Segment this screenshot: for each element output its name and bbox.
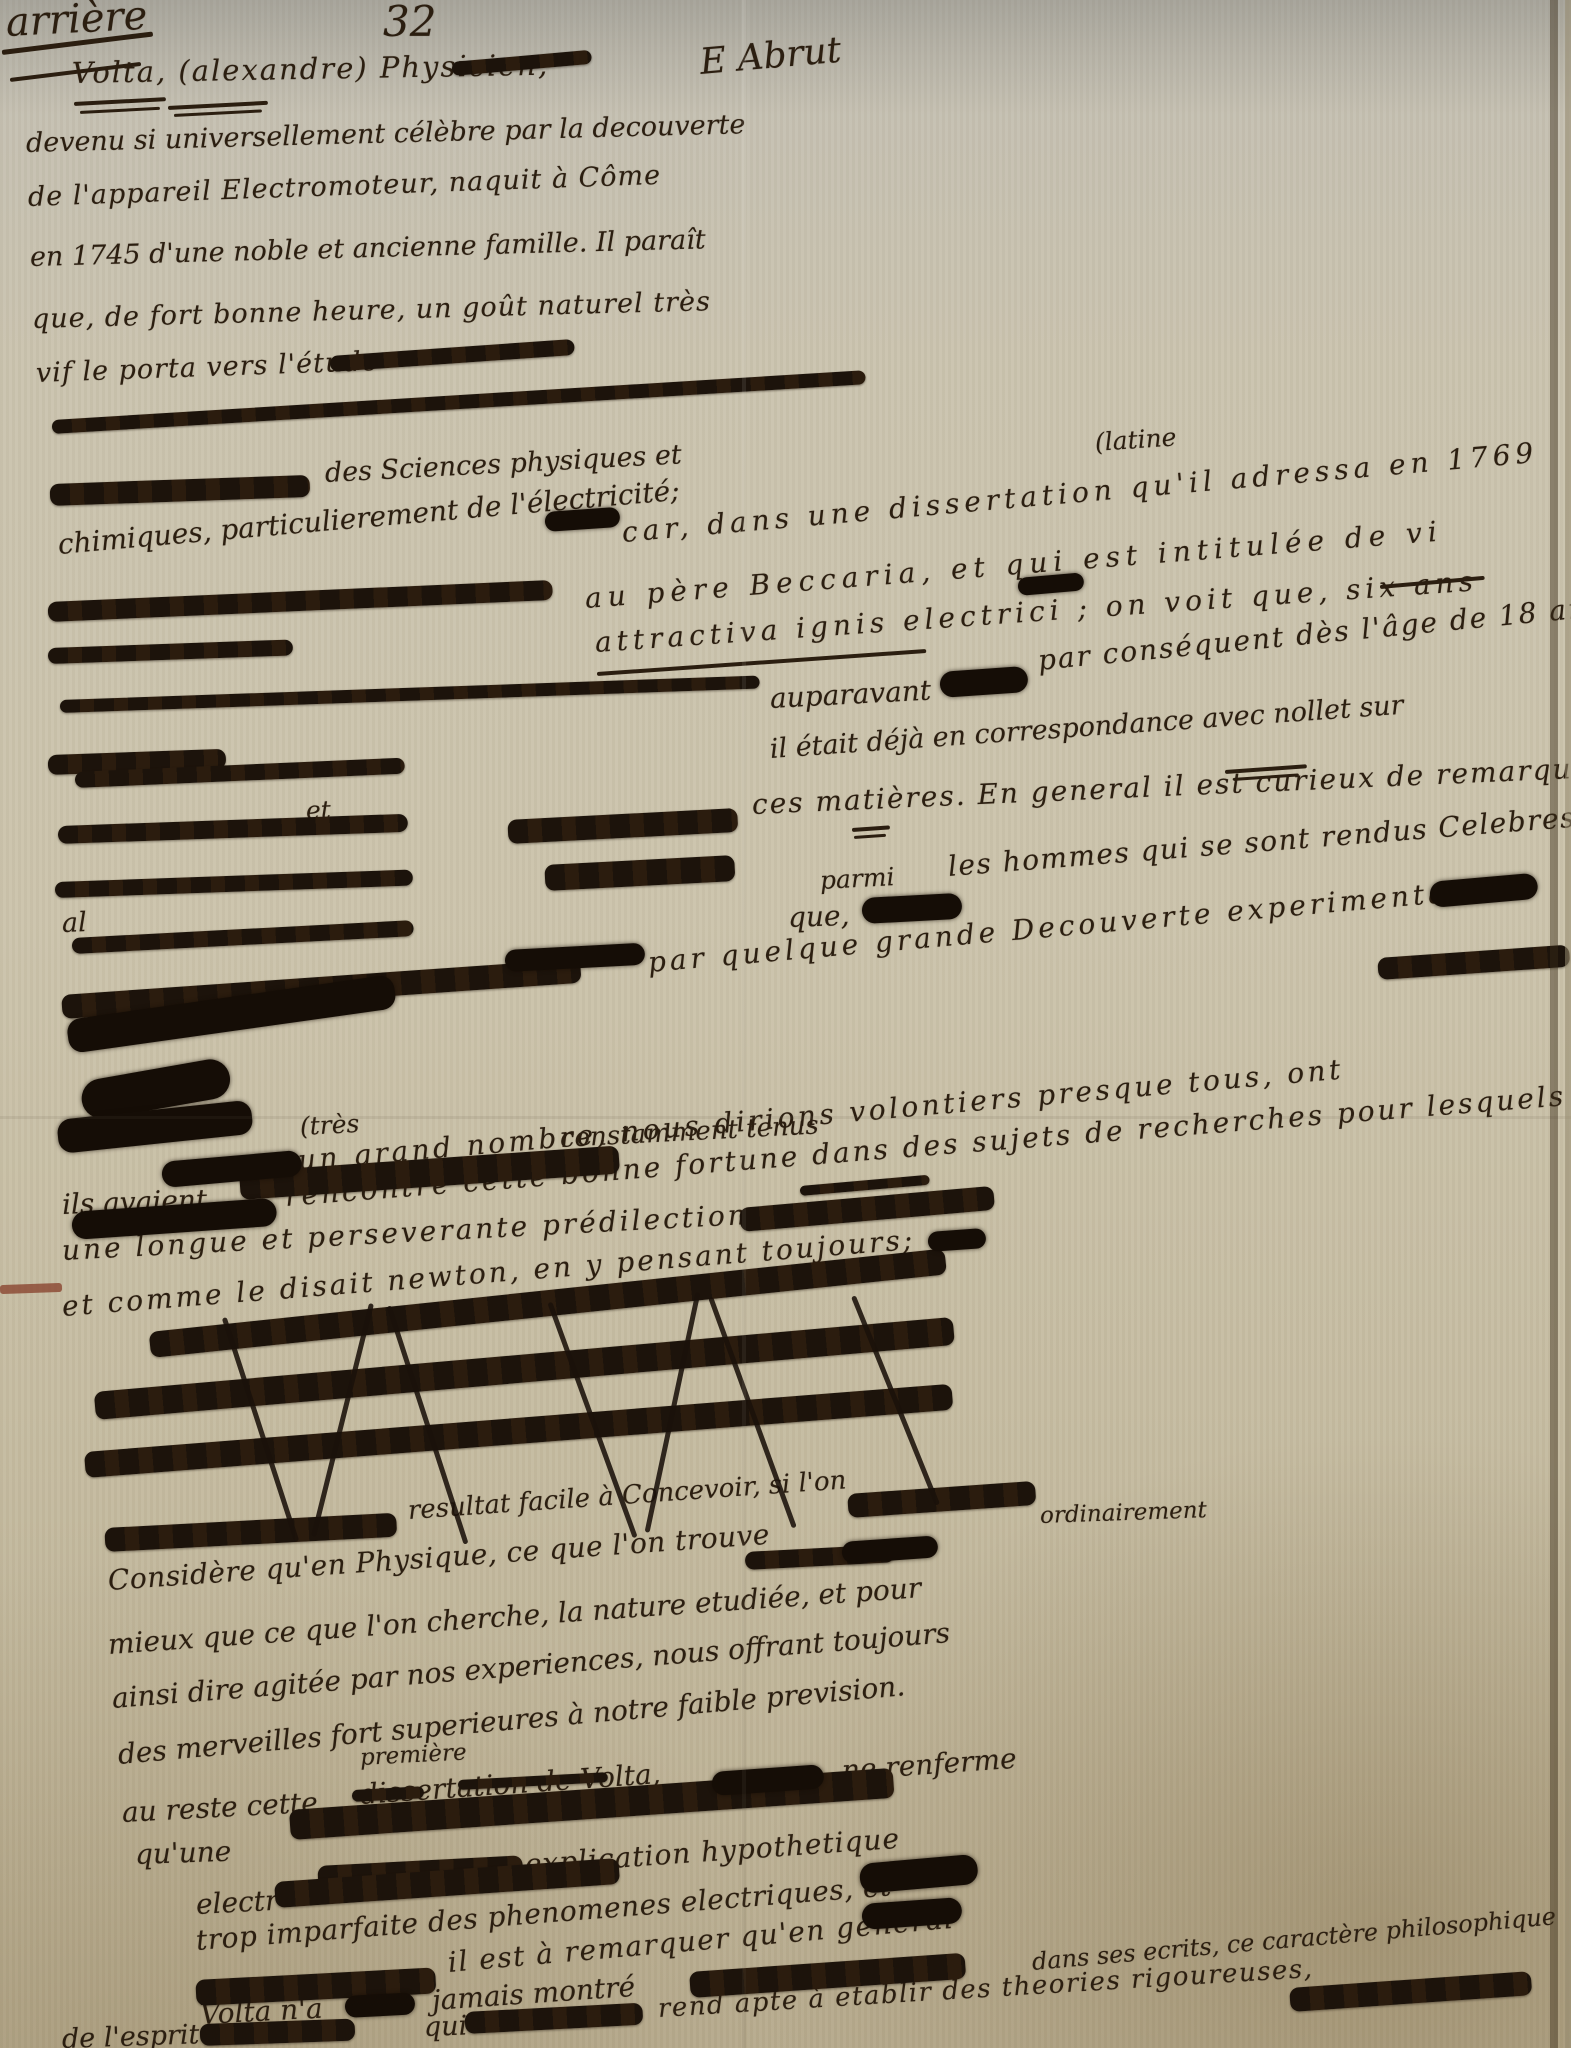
- vertical-fold-crease: [742, 0, 746, 2048]
- ink-blot: [939, 666, 1029, 698]
- ink-blot: [861, 893, 962, 924]
- underline-mark: [174, 109, 262, 117]
- manuscript-line: electr: [195, 1886, 279, 1920]
- top-right-note: E Abrut: [698, 32, 842, 82]
- strikethrough-mark: [48, 639, 293, 664]
- manuscript-line: par quelque grande Decouverte experiment…: [647, 874, 1496, 977]
- red-pencil-mark: [0, 1283, 62, 1294]
- ink-blot: [544, 507, 620, 532]
- underline-mark: [168, 101, 268, 110]
- strikethrough-mark: [200, 2019, 356, 2046]
- ink-blot: [859, 1854, 979, 1894]
- strikethrough-mark: [48, 580, 553, 622]
- page-right-edge: [1550, 0, 1558, 2048]
- interline-note: (latine: [1094, 424, 1177, 456]
- manuscript-line: en 1745 d'une noble et ancienne famille.…: [30, 226, 706, 272]
- strikethrough-mark: [544, 855, 735, 891]
- strikethrough-mark: [1289, 1971, 1532, 2012]
- manuscript-line: que,: [787, 901, 849, 933]
- cancel-stroke: [222, 1317, 299, 1542]
- manuscript-line: ces matières. En general il est curieux …: [751, 753, 1571, 820]
- strikethrough-mark: [847, 1481, 1036, 1518]
- ink-blot: [344, 1992, 415, 2018]
- interline-note: parmi: [819, 864, 895, 894]
- ink-blot: [841, 1535, 938, 1564]
- strikethrough-mark: [50, 475, 311, 506]
- strikethrough-mark: [329, 339, 575, 372]
- strikethrough-mark: [60, 676, 760, 713]
- strikethrough-mark: [507, 808, 738, 844]
- interline-note: ordinairement: [1040, 1498, 1208, 1528]
- ink-blot: [504, 943, 645, 972]
- underline-mark: [74, 97, 166, 106]
- manuscript-line: auparavant: [769, 676, 932, 714]
- strikethrough-mark: [739, 1186, 995, 1232]
- manuscript-line: les hommes qui se sont rendus Celebres: [947, 803, 1571, 882]
- strikethrough-mark: [1377, 945, 1570, 980]
- text-fragment: al: [62, 909, 88, 938]
- page-right-edge-outer: [1565, 0, 1571, 2048]
- underline-mark: [854, 834, 886, 839]
- manuscript-line: de l'appareil Electromoteur, naquit à Cô…: [28, 162, 662, 212]
- manuscript-line: que, de fort bonne heure, un goût nature…: [32, 288, 712, 334]
- underline-mark: [852, 825, 890, 832]
- strikethrough-mark: [58, 814, 408, 844]
- manuscript-page: arrière 32 E Abrut Volta, (alexandre) Ph…: [0, 0, 1571, 2048]
- manuscript-line: qui: [424, 2012, 468, 2042]
- underline-mark: [80, 107, 160, 114]
- manuscript-line: vif le porta vers l'étude: [36, 348, 380, 388]
- manuscript-line: qu'une: [134, 1837, 231, 1870]
- manuscript-line: de l'esprit: [62, 2021, 200, 2048]
- strikethrough-mark: [72, 920, 414, 954]
- manuscript-line: devenu si universellement célèbre par la…: [26, 111, 746, 158]
- strikethrough-mark: [55, 870, 413, 898]
- horizontal-fold-crease: [0, 1116, 1571, 1119]
- page-number: 32: [383, 0, 436, 44]
- interline-note: première: [359, 1740, 467, 1770]
- ink-blot: [927, 1228, 986, 1252]
